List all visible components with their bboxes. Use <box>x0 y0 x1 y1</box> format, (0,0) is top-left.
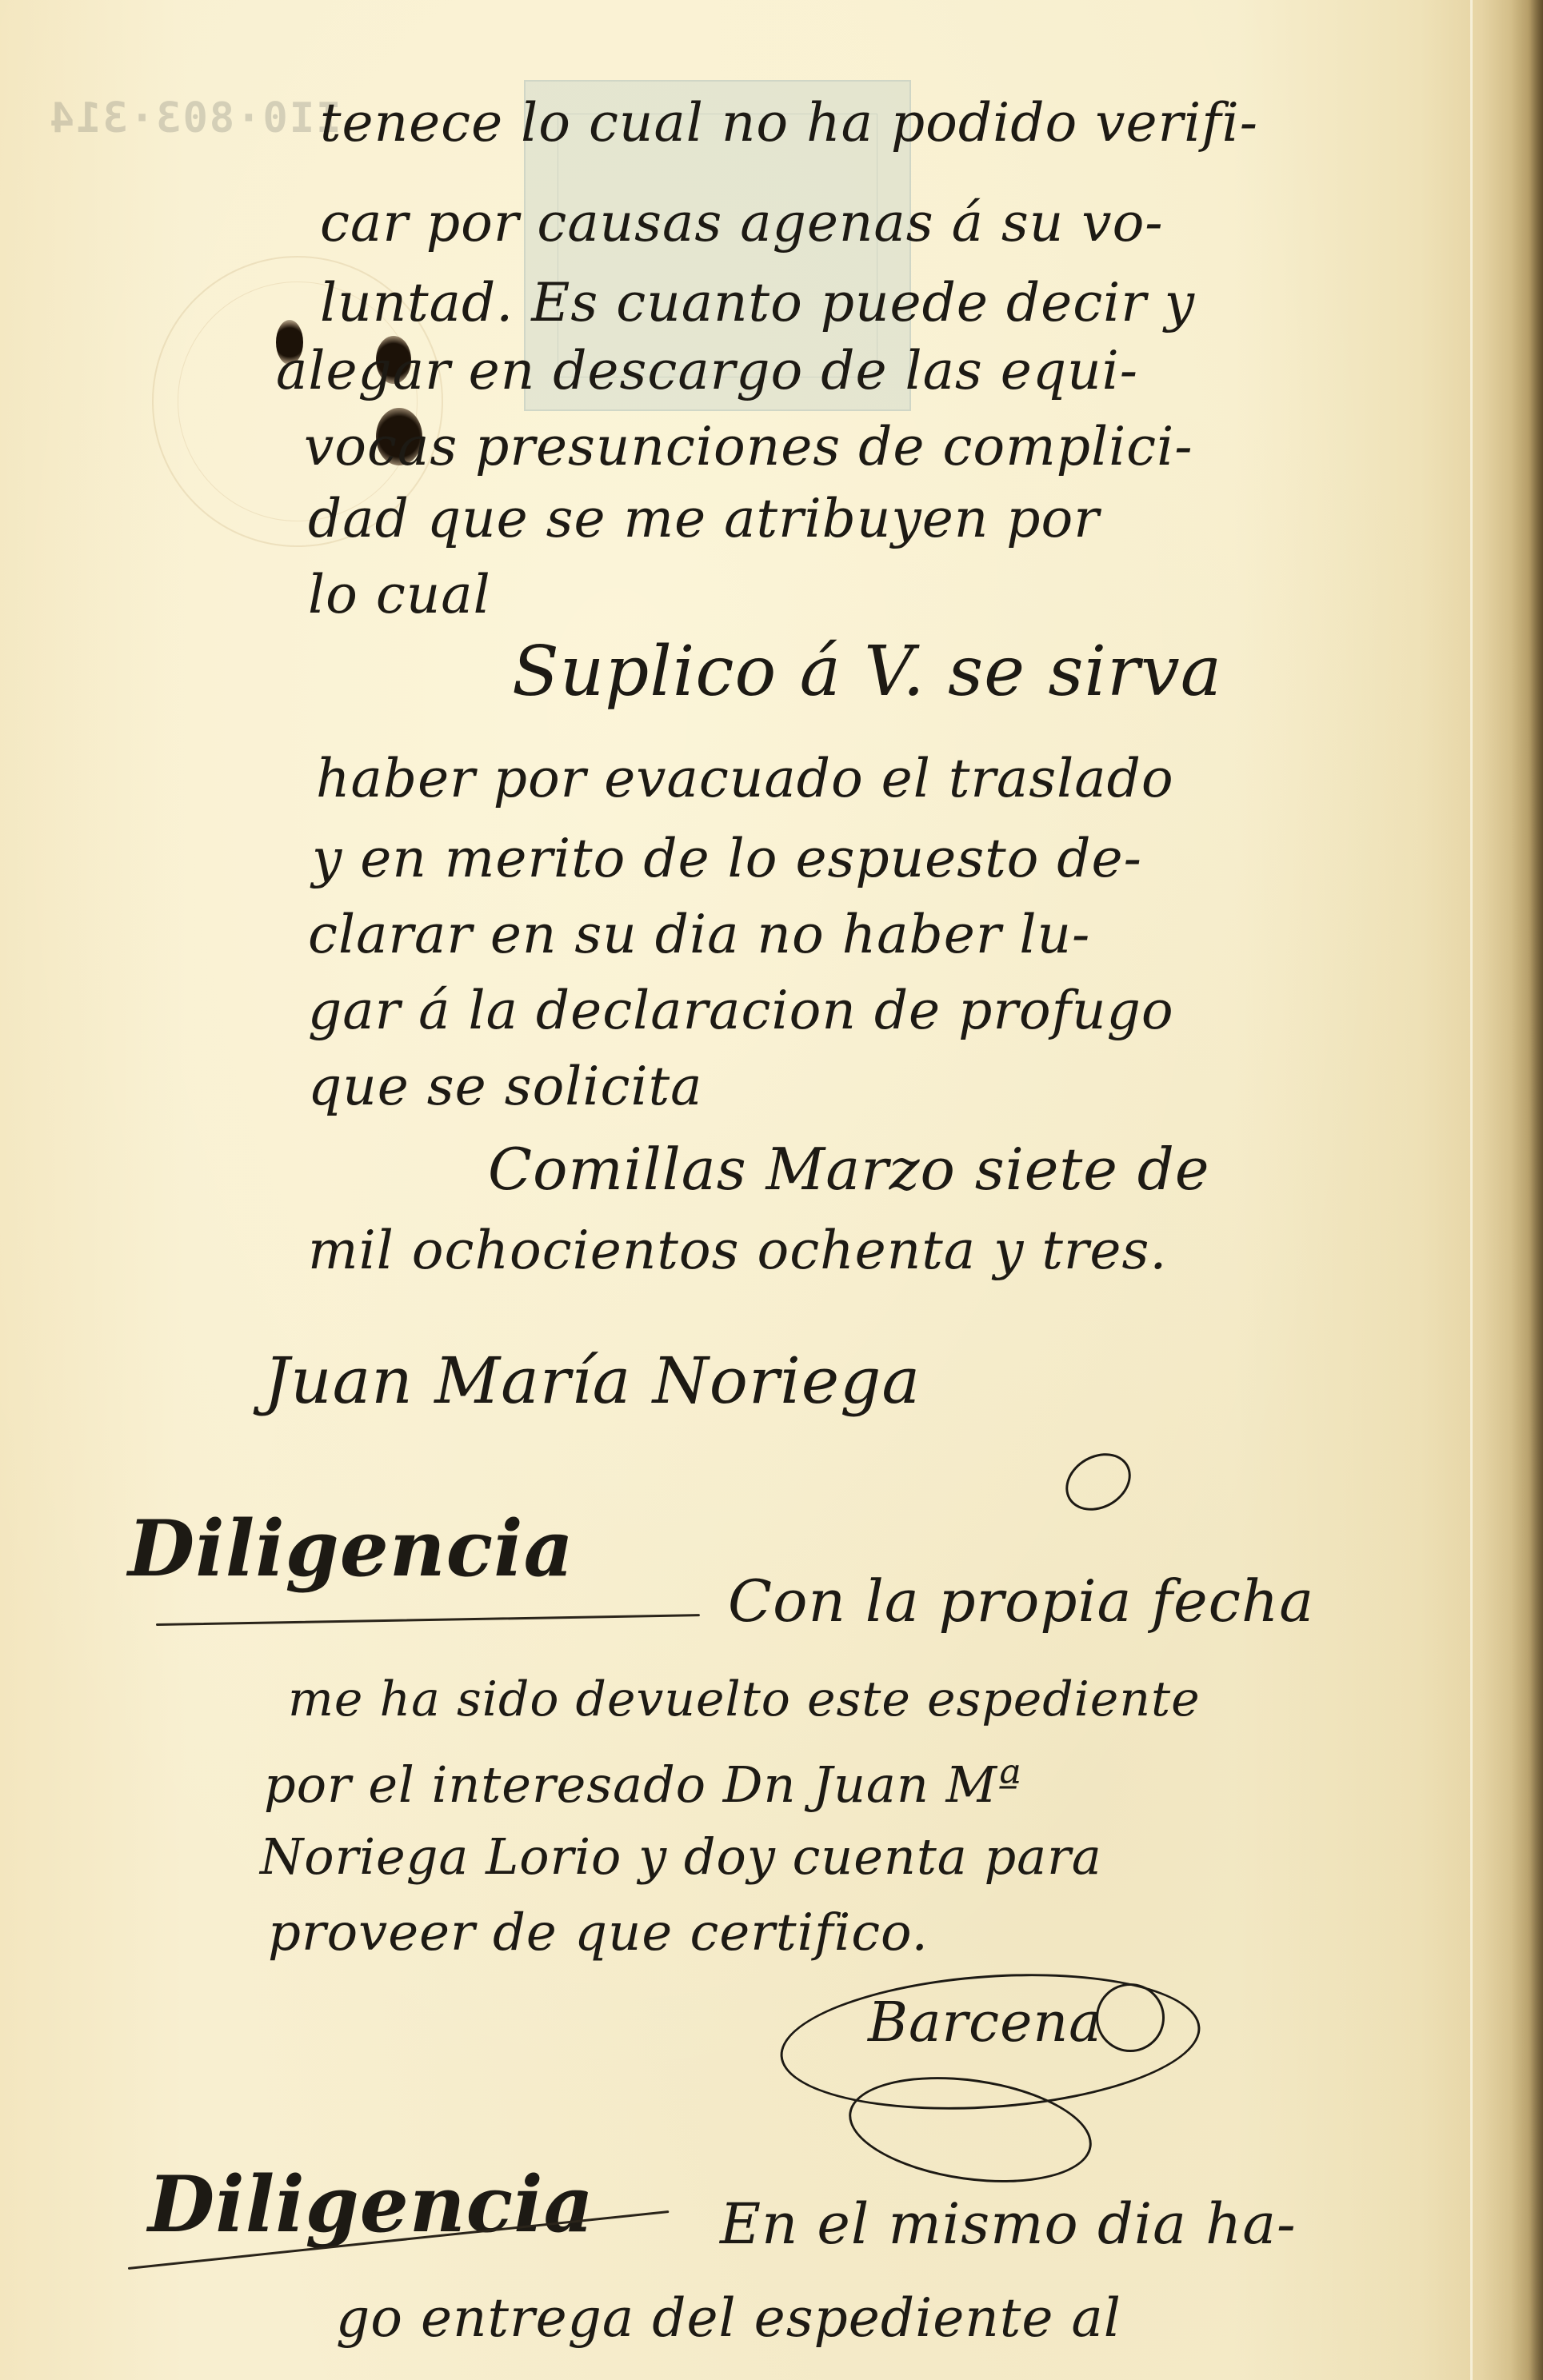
diligencia-1-line: me ha sido devuelto este espediente <box>288 1671 1201 1727</box>
text-line: luntad. Es cuanto puede decir y <box>320 272 1195 333</box>
document-page: ΙΙ0·803·314 tenece lo cual no ha podido … <box>0 0 1543 2380</box>
text-line-suplico: Suplico á V. se sirva <box>512 632 1222 712</box>
text-line: dad que se me atribuyen por <box>308 488 1100 549</box>
binding-edge-shadow <box>1511 0 1543 2380</box>
text-line: car por causas agenas á su vo- <box>320 192 1164 254</box>
text-line-year: mil ochocientos ochenta y tres. <box>308 1220 1167 1281</box>
text-line-place-date: Comillas Marzo siete de <box>488 1136 1210 1203</box>
text-line: clarar en su dia no haber lu- <box>308 904 1090 965</box>
diligencia-2-line: go entrega del espediente al <box>336 2287 1121 2349</box>
diligencia-1-line: Con la propia fecha <box>728 1567 1314 1635</box>
text-line: y en merito de lo espuesto de- <box>312 828 1142 889</box>
diligencia-1-line: proveer de que certifico. <box>268 1903 929 1963</box>
signature-juan-maria-noriega: Juan María Noriega <box>264 1344 921 1418</box>
text-line: lo cual <box>308 564 491 625</box>
bleed-through-serial-number: ΙΙ0·803·314 <box>48 94 341 142</box>
text-line: que se solicita <box>308 1056 702 1117</box>
text-line: tenece lo cual no ha podido verifi- <box>320 92 1258 154</box>
page-fold-line <box>1470 0 1473 2380</box>
diligencia-1-line: Noriega Lorio y doy cuenta para <box>260 1827 1102 1886</box>
diligencia-2-line: En el mismo dia ha- <box>720 2191 1297 2257</box>
signature-barcena: Barcena <box>868 1991 1102 2055</box>
diligencia-heading-2: Diligencia <box>148 2159 594 2250</box>
signature-flourish <box>1055 1442 1141 1522</box>
text-line: haber por evacuado el traslado <box>316 748 1174 809</box>
diligencia-1-line: por el interesado Dn Juan Mª <box>264 1755 1021 1814</box>
rubric-loop <box>1096 1983 1165 2052</box>
text-line: alegar en descargo de las equi- <box>276 340 1138 401</box>
text-line: gar á la declaracion de profugo <box>308 980 1174 1041</box>
heading-underline <box>156 1614 700 1626</box>
text-line: vocas presunciones de complici- <box>304 416 1193 477</box>
diligencia-heading-1: Diligencia <box>128 1503 574 1594</box>
